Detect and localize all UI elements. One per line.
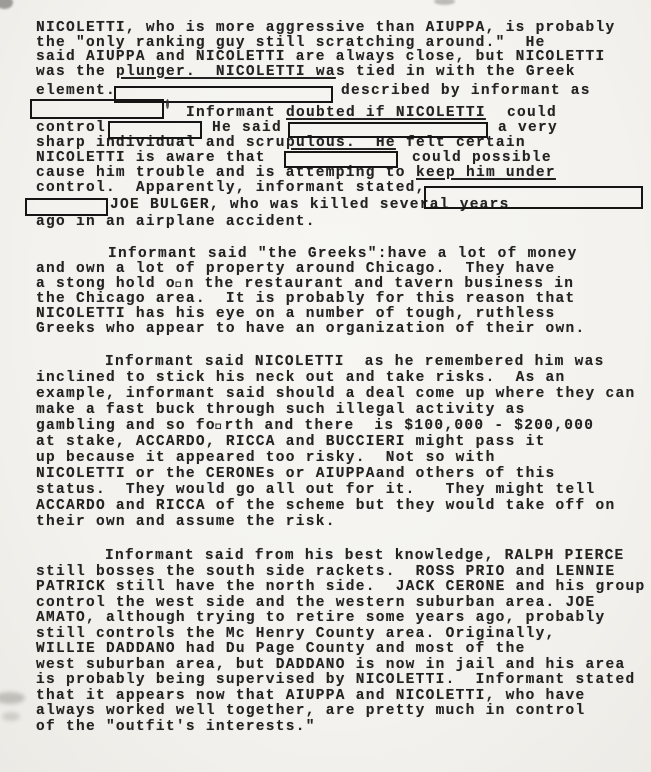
text-segment: always worked well together, are pretty … bbox=[36, 704, 586, 718]
text-segment: still bosses the south side rackets. ROS… bbox=[36, 565, 616, 579]
text-segment: control bbox=[36, 121, 106, 135]
text-line: at stake, ACCARDO, RICCA and BUCCIERI mi… bbox=[0, 435, 651, 450]
text-segment: NICOLETTI or the CERONEs or AIUPPAand ot… bbox=[36, 467, 556, 481]
text-segment: described by informant as bbox=[341, 84, 591, 98]
text-segment: cause him trouble and is attemping to bbox=[36, 166, 416, 180]
redaction-left-margin-1-box bbox=[30, 99, 164, 119]
text-line: that it appears now that AIUPPA and NICO… bbox=[0, 689, 651, 704]
text-segment: a stong hold o⃒n the restaurant and tave… bbox=[36, 277, 574, 291]
text-line: status. They would go all out for it. Th… bbox=[0, 483, 651, 498]
text-line: Greeks who appear to have an organizatio… bbox=[0, 322, 651, 337]
text-segment: Informant said NICOLETTI as he remembere… bbox=[105, 355, 605, 369]
text-line: inclined to stick his neck out and take … bbox=[0, 371, 651, 386]
text-line: NICOLETTI has his eye on a number of tou… bbox=[0, 307, 651, 322]
text-segment: control the west side and the western su… bbox=[36, 596, 596, 610]
text-line: was the plunger. NICOLETTI was tied in w… bbox=[0, 65, 651, 80]
text-segment: said AIUPPA and NICOLETTI are always clo… bbox=[36, 50, 606, 64]
redaction-after-control-box bbox=[108, 121, 202, 139]
text-line: NICOLETTI, who is more aggressive than A… bbox=[0, 21, 651, 36]
text-segment: the "only ranking guy still scratching a… bbox=[36, 36, 546, 50]
text-segment: ago in an airplane accident. bbox=[36, 215, 316, 229]
redaction-before-joe-bulger-box bbox=[25, 198, 108, 216]
text-segment: control. Apparently, informant stated, bbox=[36, 181, 426, 195]
text-line: sharp individual and scrupulous. Hefelt … bbox=[0, 136, 651, 151]
smudge-bottom-left-2 bbox=[2, 712, 20, 721]
text-segment: could possible bbox=[412, 151, 552, 165]
underlined-text-segment: doubted if NICOLETTI bbox=[286, 106, 486, 120]
text-line: Informant said NICOLETTI as he remembere… bbox=[0, 355, 651, 370]
underlined-text-segment: plunger. NICOLETTI wa bbox=[116, 65, 336, 79]
text-segment: example, informant said should a deal co… bbox=[36, 387, 636, 401]
smudge-top-center bbox=[434, 0, 455, 5]
text-segment: could bbox=[507, 106, 557, 120]
redaction-after-aware-that-box bbox=[284, 151, 398, 168]
text-line: and own a lot of property around Chicago… bbox=[0, 262, 651, 277]
text-line: still bosses the south side rackets. ROS… bbox=[0, 565, 651, 580]
text-line: is probably being supervised by NICOLETT… bbox=[0, 673, 651, 688]
text-segment: make a fast buck through such illegal ac… bbox=[36, 403, 526, 417]
text-line: a stong hold o⃒n the restaurant and tave… bbox=[0, 277, 651, 292]
redaction-after-stated-box bbox=[424, 186, 643, 209]
tick-after-redaction bbox=[166, 99, 169, 109]
text-line: Informant said "the Greeks":have a lot o… bbox=[0, 247, 651, 262]
text-line: their own and assume the risk. bbox=[0, 515, 651, 530]
corner-smudge-top-left bbox=[0, 0, 13, 9]
text-segment: inclined to stick his neck out and take … bbox=[36, 371, 566, 385]
text-line: make a fast buck through such illegal ac… bbox=[0, 403, 651, 418]
text-segment: s tied in with the Greek bbox=[336, 65, 576, 79]
text-segment: Informant said from his best knowledge, … bbox=[105, 549, 625, 563]
text-line: up because it appeared too risky. Not so… bbox=[0, 451, 651, 466]
text-segment: He said bbox=[212, 121, 282, 135]
text-segment: the Chicago area. It is probably for thi… bbox=[36, 292, 576, 306]
text-segment: of the "outfit's interests." bbox=[36, 720, 316, 734]
text-line: ACCARDO and RICCA of the scheme but they… bbox=[0, 499, 651, 514]
text-segment: NICOLETTI has his eye on a number of tou… bbox=[36, 307, 556, 321]
text-segment: NICOLETTI is aware that bbox=[36, 151, 266, 165]
text-segment: is probably being supervised by NICOLETT… bbox=[36, 673, 636, 687]
text-line: NICOLETTI or the CERONEs or AIUPPAand ot… bbox=[0, 467, 651, 482]
text-segment: ACCARDO and RICCA of the scheme but they… bbox=[36, 499, 616, 513]
text-segment: was the bbox=[36, 65, 116, 79]
text-segment: at stake, ACCARDO, RICCA and BUCCIERI mi… bbox=[36, 435, 546, 449]
text-line: the Chicago area. It is probably for thi… bbox=[0, 292, 651, 307]
text-segment: Greeks who appear to have an organizatio… bbox=[36, 322, 586, 336]
text-segment: PATRICK still have the north side. JACK … bbox=[36, 580, 645, 594]
text-line: always worked well together, are pretty … bbox=[0, 704, 651, 719]
text-line: ago in an airplane accident. bbox=[0, 215, 651, 230]
text-segment: still controls the Mc Henry County area.… bbox=[36, 627, 556, 641]
text-segment: and own a lot of property around Chicago… bbox=[36, 262, 556, 276]
text-line: west suburban area, but DADDANO is now i… bbox=[0, 658, 651, 673]
text-segment: their own and assume the risk. bbox=[36, 515, 336, 529]
text-segment: status. They would go all out for it. Th… bbox=[36, 483, 596, 497]
text-line: cause him trouble and is attemping to ke… bbox=[0, 166, 651, 181]
text-segment: up because it appeared too risky. Not so… bbox=[36, 451, 496, 465]
underlined-text-segment: keep him under bbox=[416, 166, 556, 180]
text-line: WILLIE DADDANO had Du Page County and mo… bbox=[0, 642, 651, 657]
redaction-after-he-said-box bbox=[288, 122, 488, 138]
text-segment: NICOLETTI, who is more aggressive than A… bbox=[36, 21, 616, 35]
text-segment: that it appears now that AIUPPA and NICO… bbox=[36, 689, 586, 703]
text-segment: WILLIE DADDANO had Du Page County and mo… bbox=[36, 642, 526, 656]
text-segment: west suburban area, but DADDANO is now i… bbox=[36, 658, 626, 672]
document-page: NICOLETTI, who is more aggressive than A… bbox=[0, 0, 651, 772]
text-line: still controls the Mc Henry County area.… bbox=[0, 627, 651, 642]
text-segment: felt certain bbox=[406, 136, 526, 150]
text-line: of the "outfit's interests." bbox=[0, 720, 651, 735]
text-segment: gambling and so fo⃒rth and there is $100… bbox=[36, 419, 594, 433]
text-segment: element. bbox=[36, 84, 116, 98]
text-line: control the west side and the western su… bbox=[0, 596, 651, 611]
text-line: Informant said from his best knowledge, … bbox=[0, 549, 651, 564]
text-segment: AMATO, although trying to retire some ye… bbox=[36, 611, 606, 625]
text-line: PATRICK still have the north side. JACK … bbox=[0, 580, 651, 595]
text-line: said AIUPPA and NICOLETTI are always clo… bbox=[0, 50, 651, 65]
text-line: example, informant said should a deal co… bbox=[0, 387, 651, 402]
text-line: AMATO, although trying to retire some ye… bbox=[0, 611, 651, 626]
text-line: gambling and so fo⃒rth and there is $100… bbox=[0, 419, 651, 434]
underlined-text-segment: pulous. He bbox=[286, 136, 396, 150]
text-segment: Informant said "the Greeks":have a lot o… bbox=[108, 247, 578, 261]
text-segment: a very bbox=[498, 121, 558, 135]
text-segment: Informant bbox=[186, 106, 286, 120]
